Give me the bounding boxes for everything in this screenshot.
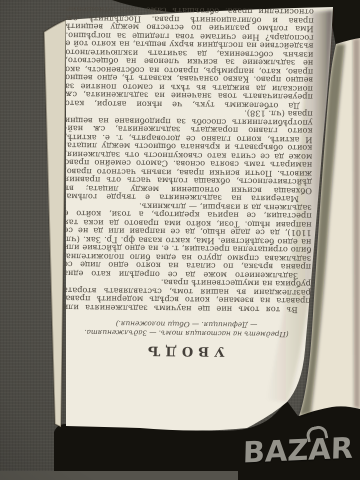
page-title: УВОДЪ: [62, 342, 310, 360]
page-text-block: УВОДЪ (Предметъ на настоящия томъ. — Зад…: [62, 7, 314, 362]
fabric-bottom-strip: [0, 471, 238, 480]
right-edge-shade: [353, 38, 360, 409]
body-paragraph-3: Материята на задълженията е твърде голѣм…: [64, 108, 313, 204]
watermark-text: BAZAR: [242, 431, 353, 470]
photo-of-open-book: УВОДЪ (Предметъ на настоящия томъ. — Зад…: [0, 0, 360, 480]
body-paragraph-1: Въ тоя томъ ние ще научимъ задълженията …: [63, 278, 311, 315]
body-paragraph-2: Задължението може да се опредѣли като ед…: [63, 201, 312, 280]
body-paragraph-4: Да отбележимъ тукъ, че нѣкои автори, кат…: [65, 7, 314, 110]
watermark: BAZAR: [242, 430, 360, 477]
page-subtitle: (Предметъ на настоящия томъ. — Задължени…: [80, 319, 292, 338]
